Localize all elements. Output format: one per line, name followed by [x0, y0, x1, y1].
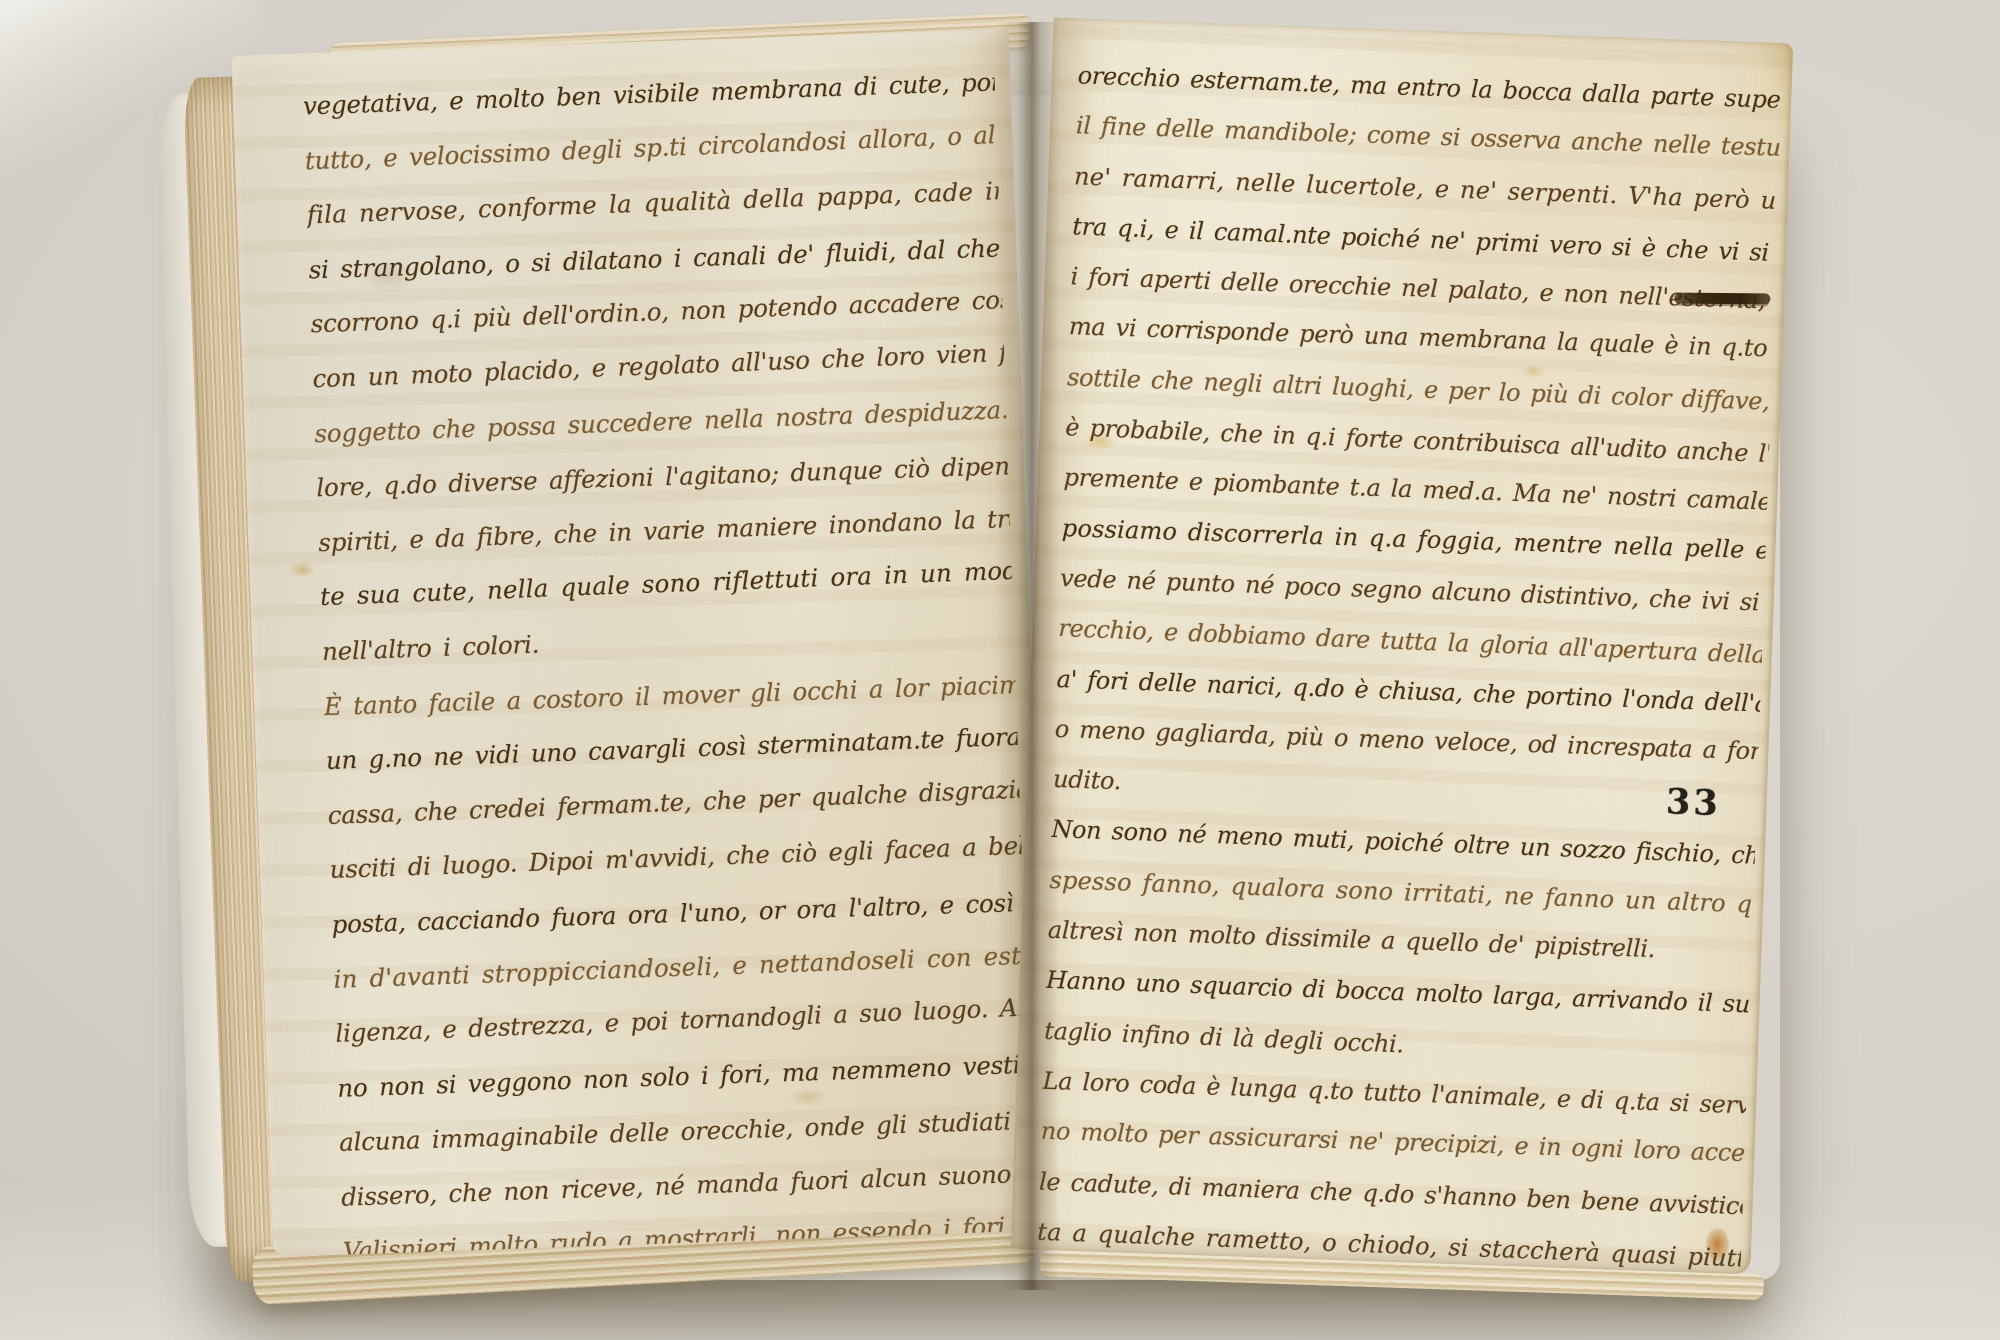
ink-strikeout	[1674, 293, 1770, 305]
left-page: vegetativa, e molto ben visibile membran…	[231, 29, 1050, 1257]
left-page-text: vegetativa, e molto ben visibile membran…	[231, 29, 1050, 1257]
right-page-text: orecchio esternam.te, ma entro la bocca …	[1011, 17, 1794, 1274]
photo-background: vegetativa, e molto ben visibile membran…	[0, 0, 2000, 1340]
page-number: 33	[1665, 781, 1721, 824]
right-page: orecchio esternam.te, ma entro la bocca …	[1011, 17, 1794, 1274]
